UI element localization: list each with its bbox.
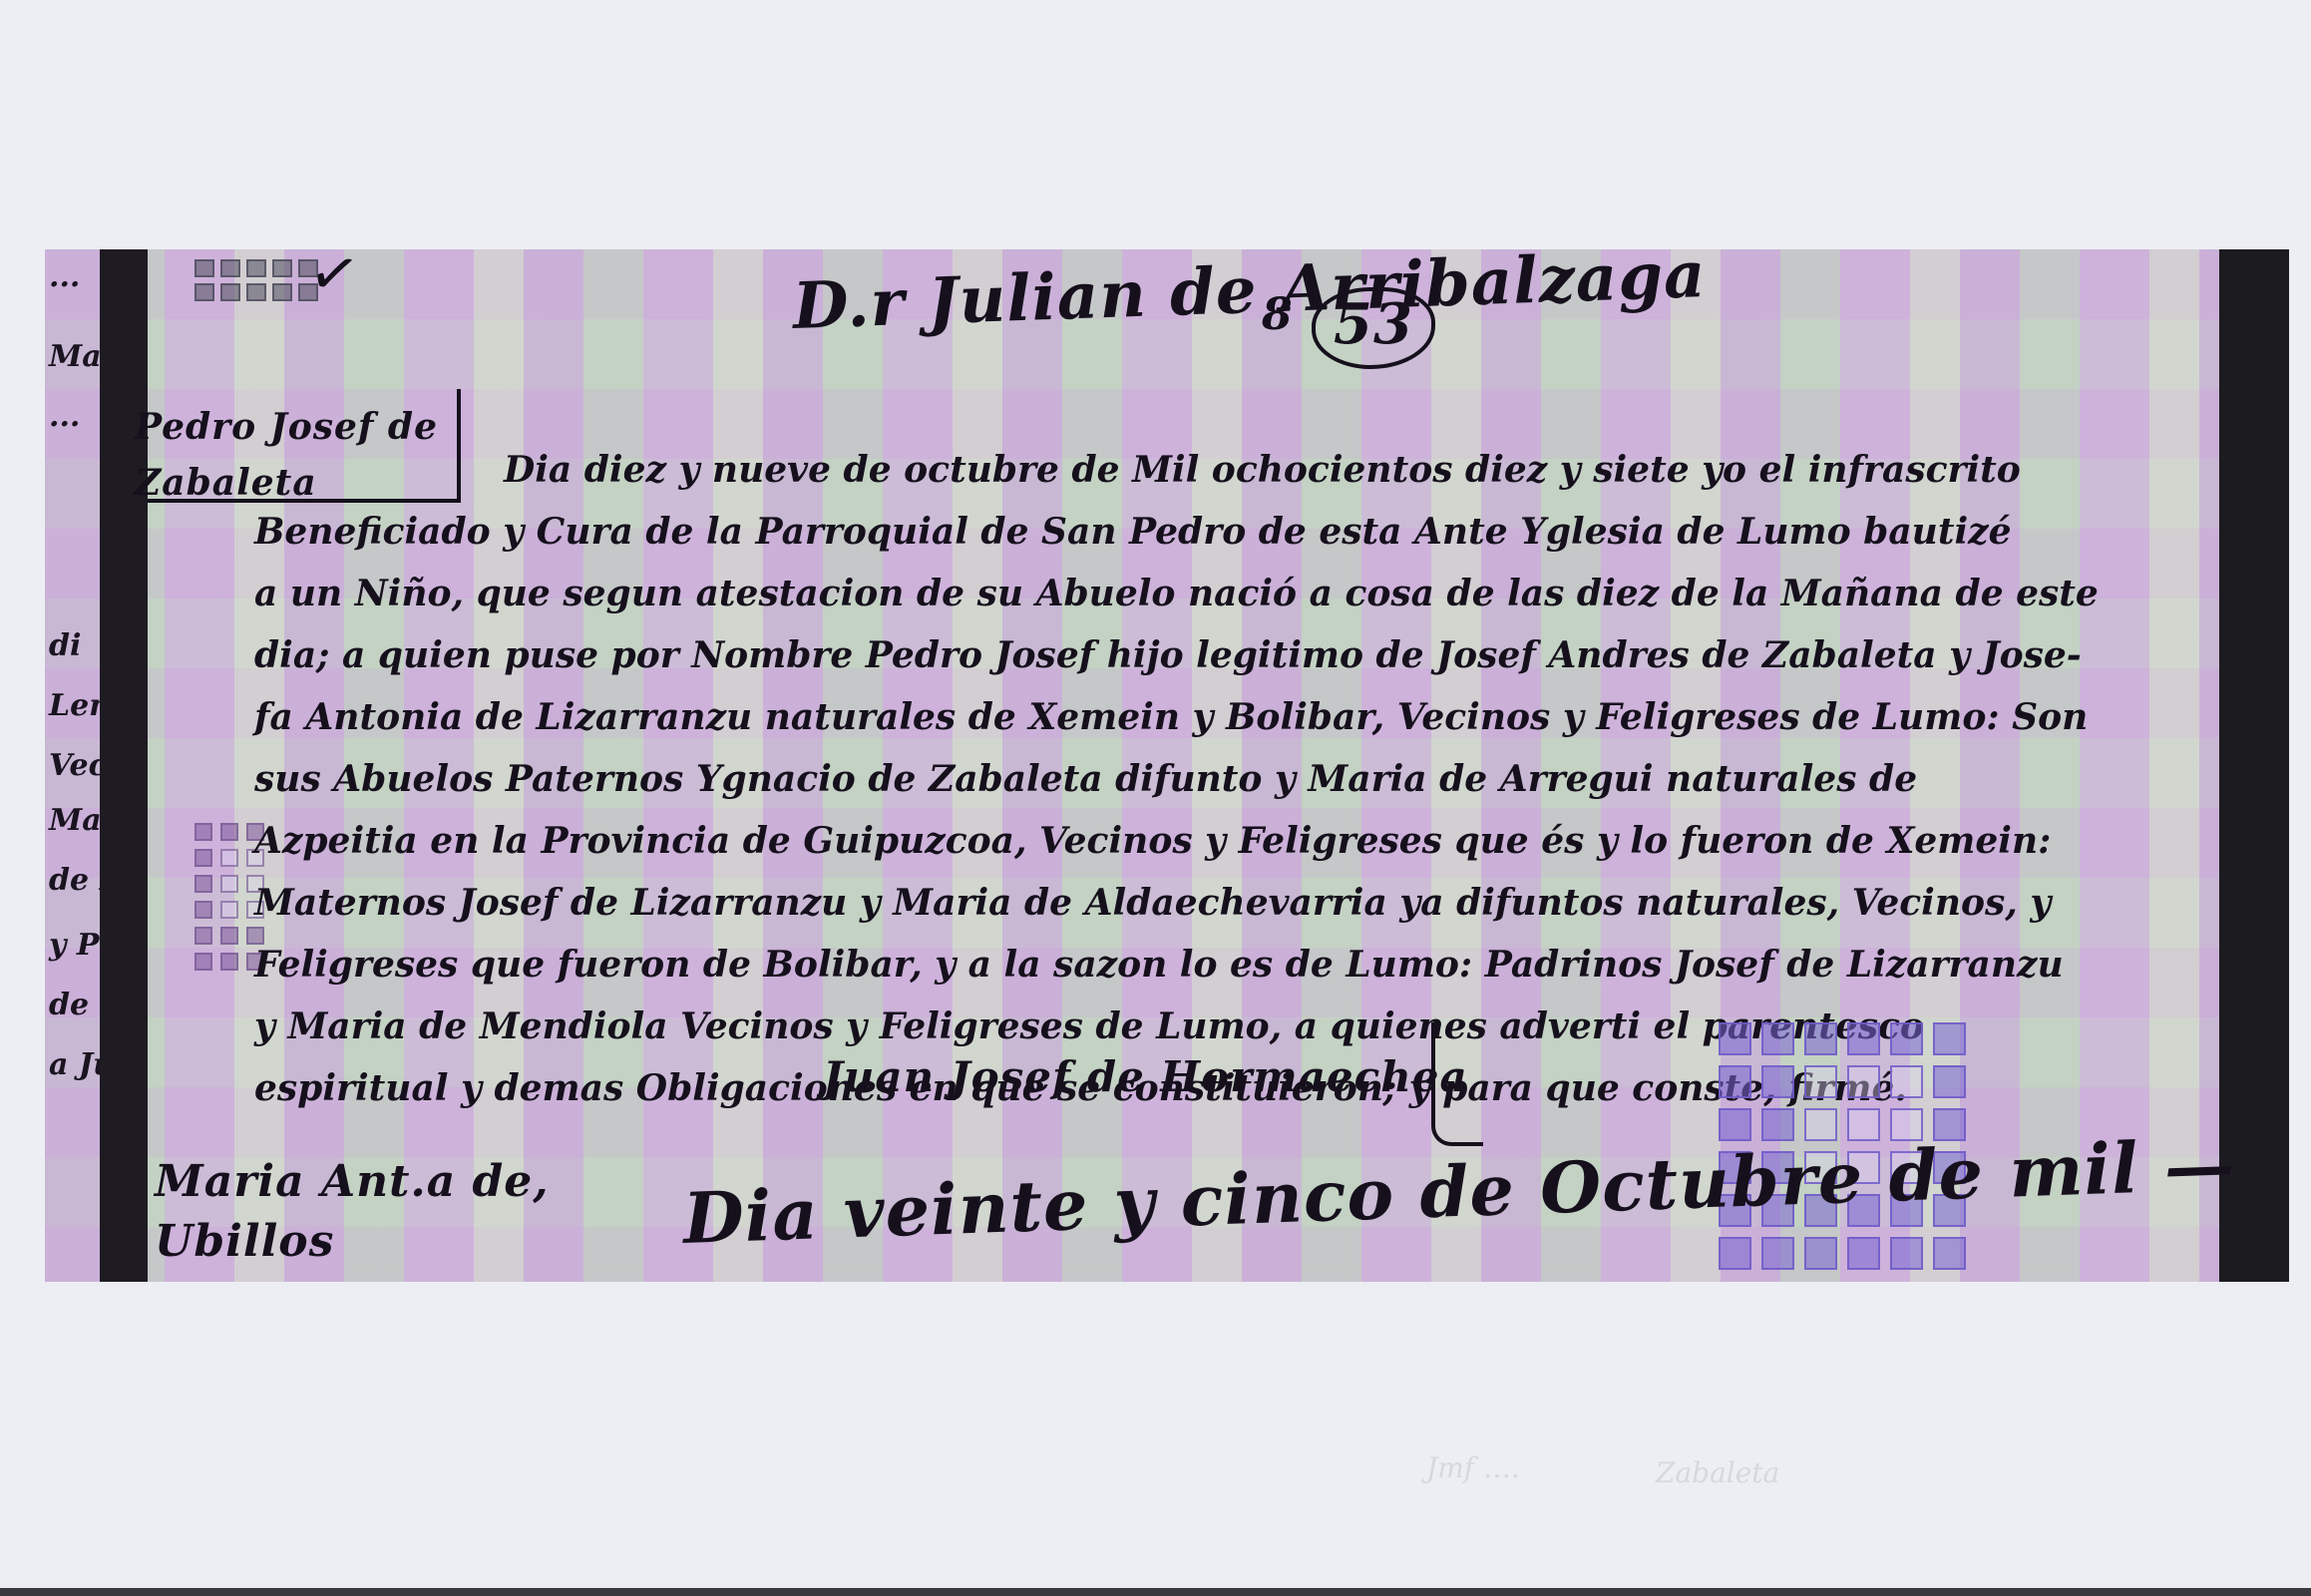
signature-rubric [1431,1022,1483,1146]
fragment-text: y P [49,928,99,963]
folio-circled-number: 53 [1312,287,1435,369]
body-line: dia; a quien puse por Nombre Pedro Josef… [254,634,2082,676]
body-line: Maternos Josef de Lizarranzu y Maria de … [254,882,2051,924]
body-line: fa Antonia de Lizarranzu naturales de Xe… [254,696,2088,738]
body-line: Beneficiado y Cura de la Parroquial de S… [254,511,2012,553]
body-line: y Maria de Mendiola Vecinos y Feligreses… [254,1005,1924,1047]
margin-note-line: Zabaleta [135,455,438,511]
body-line: Feligreses que fueron de Bolibar, y a la… [254,944,2064,986]
fragment-text: de [49,988,89,1022]
fragment-text: Ma [49,339,102,374]
stamp-grid-top [194,259,318,301]
faint-show-through-mark: Jmf …. [1426,1451,1520,1484]
folio-number: 8 [1262,289,1294,340]
fragment-text: ... [49,259,80,294]
body-line: sus Abuelos Paternos Ygnacio de Zabaleta… [254,758,1917,800]
fragment-text: Ma [49,803,102,838]
next-entry-margin-line: Maria Ant.a de, [155,1152,550,1212]
next-entry-margin-line: Ubillos [155,1212,550,1272]
margin-note-line: Pedro Josef de [135,399,438,455]
priest-signature: Juan Josef de Hormaechea [823,1052,1468,1101]
fragment-text: di [49,628,81,663]
body-line: Azpeitia en la Provincia de Guipuzcoa, V… [254,820,2051,862]
body-line: a un Niño, que segun atestacion de su Ab… [254,573,2099,614]
faint-show-through-mark: Zabaleta [1656,1456,1779,1489]
check-mark-icon: ✓ [303,249,365,313]
header-name: D.r Julian de Arribalzaga [792,249,1708,344]
scanner-edge [0,1588,2311,1596]
left-margin-fragment: ... Ma ... di Lenia Vecin Ma de L y P de… [45,249,100,1282]
manuscript-scan: ... Ma ... di Lenia Vecin Ma de L y P de… [45,249,2289,1282]
fragment-text: ... [49,399,80,434]
margin-note: Pedro Josef de Zabaleta [135,399,438,511]
body-line: Dia diez y nueve de octubre de Mil ochoc… [504,449,2021,491]
next-entry-margin-note: Maria Ant.a de, Ubillos [155,1152,550,1272]
